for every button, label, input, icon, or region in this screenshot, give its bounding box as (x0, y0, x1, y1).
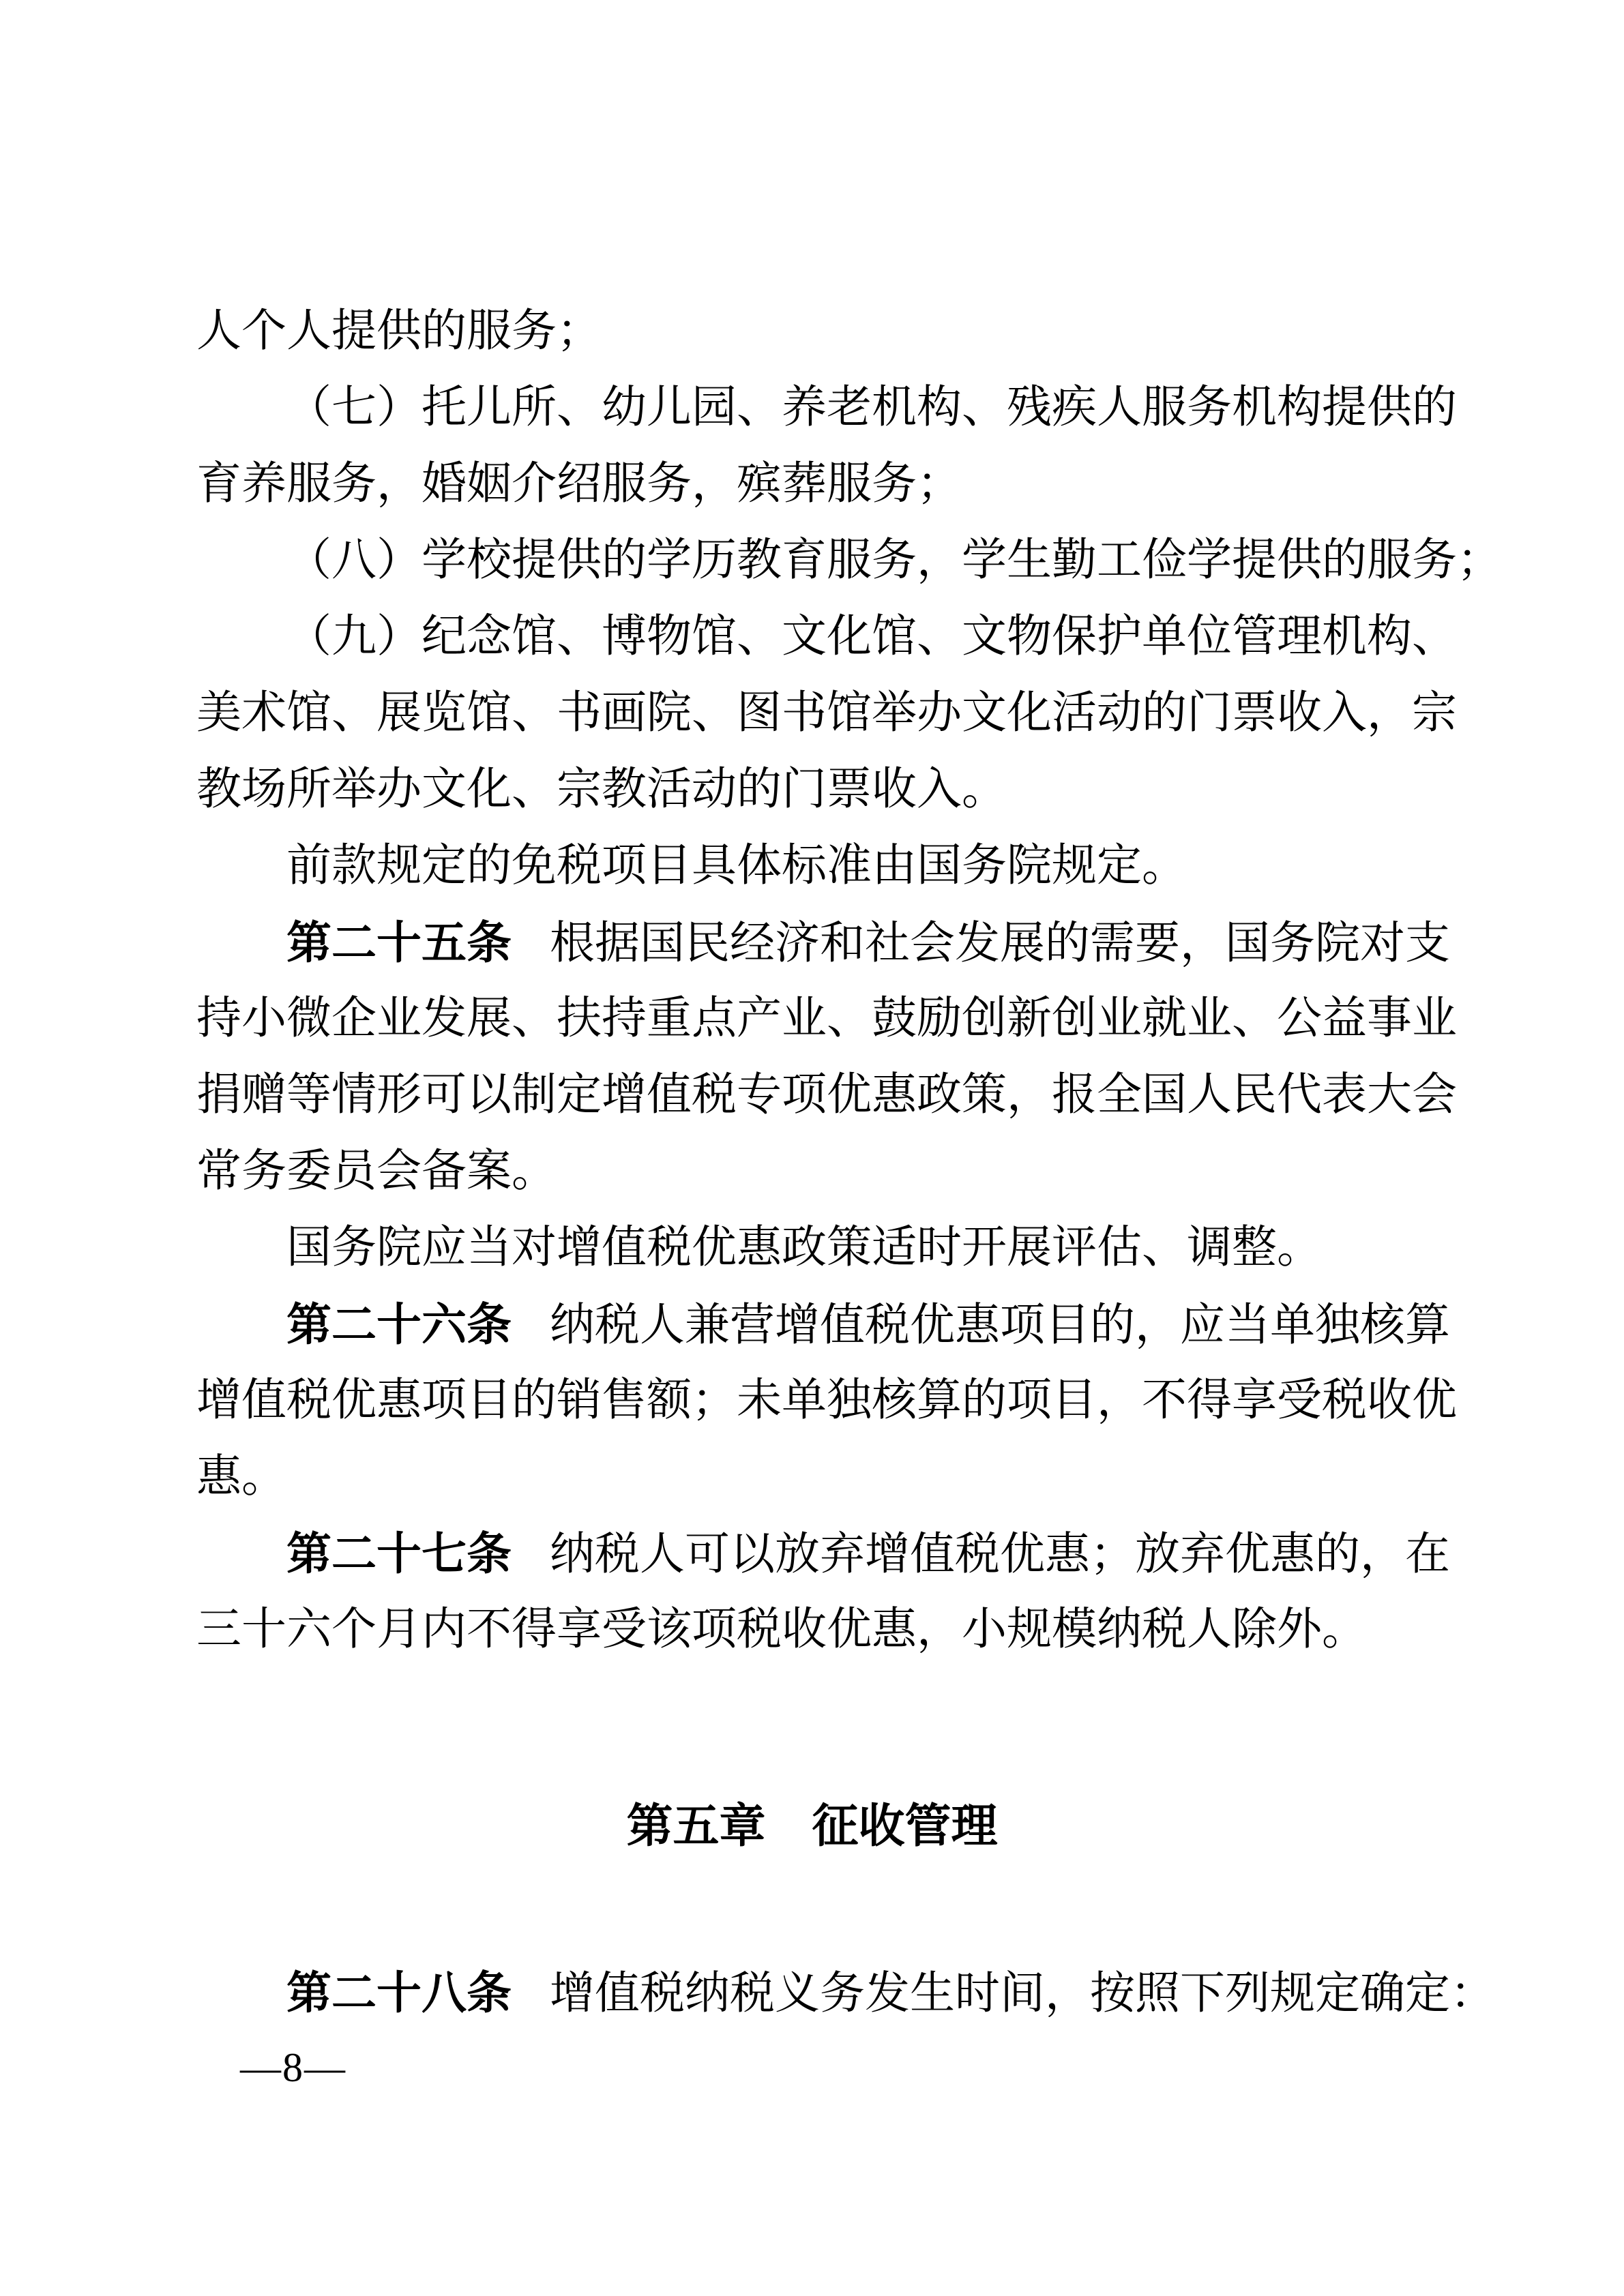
article-28-text: 增值税纳税义务发生时间，按照下列规定确定： (550, 1969, 1495, 2018)
text-line: 教场所举办文化、宗教活动的门票收入。 (196, 751, 1417, 828)
text-line-content: 人个人提供的服务； (196, 306, 602, 356)
text-line-content: （九）纪念馆、博物馆、文化馆、文物保护单位管理机构、 (286, 612, 1457, 661)
body-text: 人个人提供的服务；（七）托儿所、幼儿园、养老机构、残疾人服务机构提供的育养服务，… (196, 293, 1417, 1668)
text-line-content: 国务院应当对增值税优惠政策适时开展评估、调整。 (286, 1223, 1322, 1272)
text-line: 第二十七条纳税人可以放弃增值税优惠；放弃优惠的，在 (196, 1515, 1417, 1592)
text-line-content: 捐赠等情形可以制定增值税专项优惠政策，报全国人民代表大会 (196, 1070, 1457, 1120)
text-line-content: 根据国民经济和社会发展的需要，国务院对支 (550, 919, 1450, 968)
text-line: 美术馆、展览馆、书画院、图书馆举办文化活动的门票收入，宗 (196, 675, 1417, 751)
text-line-content: 增值税优惠项目的销售额；未单独核算的项目，不得享受税收优 (196, 1375, 1457, 1425)
chapter-heading: 第五章征收管理 (0, 1788, 1624, 1864)
text-line: 常务委员会备案。 (196, 1133, 1417, 1210)
chapter-number: 第五章 (626, 1800, 765, 1852)
text-line-content: 惠。 (196, 1452, 286, 1502)
text-line-content: 前款规定的免税项目具体标准由国务院规定。 (286, 841, 1187, 891)
text-line: 第二十六条纳税人兼营增值税优惠项目的，应当单独核算 (196, 1286, 1417, 1362)
text-line: （八）学校提供的学历教育服务，学生勤工俭学提供的服务； (196, 522, 1417, 599)
text-line: 国务院应当对增值税优惠政策适时开展评估、调整。 (196, 1210, 1417, 1286)
text-line: 捐赠等情形可以制定增值税专项优惠政策，报全国人民代表大会 (196, 1057, 1417, 1133)
text-line: 人个人提供的服务； (196, 293, 1417, 370)
article-number: 第二十七条 (286, 1528, 512, 1579)
text-line: 三十六个月内不得享受该项税收优惠，小规模纳税人除外。 (196, 1592, 1417, 1668)
article-number: 第二十六条 (286, 1299, 512, 1350)
text-line-content: 美术馆、展览馆、书画院、图书馆举办文化活动的门票收入，宗 (196, 688, 1457, 738)
text-line-content: 教场所举办文化、宗教活动的门票收入。 (196, 764, 1007, 814)
article-28-number: 第二十八条 (286, 1967, 512, 2018)
text-line: 育养服务，婚姻介绍服务，殡葬服务； (196, 446, 1417, 522)
text-line-content: 常务委员会备案。 (196, 1146, 557, 1196)
text-line: （七）托儿所、幼儿园、养老机构、残疾人服务机构提供的 (196, 370, 1417, 446)
text-line-content: （七）托儿所、幼儿园、养老机构、残疾人服务机构提供的 (286, 383, 1457, 432)
article-number: 第二十五条 (286, 917, 512, 968)
text-line-content: 育养服务，婚姻介绍服务，殡葬服务； (196, 459, 962, 509)
text-line: 持小微企业发展、扶持重点产业、鼓励创新创业就业、公益事业 (196, 981, 1417, 1057)
page-number: —8— (240, 2043, 346, 2092)
text-line-content: 三十六个月内不得享受该项税收优惠，小规模纳税人除外。 (196, 1605, 1367, 1654)
text-line-content: （八）学校提供的学历教育服务，学生勤工俭学提供的服务； (286, 535, 1502, 585)
text-line-content: 持小微企业发展、扶持重点产业、鼓励创新创业就业、公益事业 (196, 994, 1457, 1043)
text-line: 惠。 (196, 1439, 1417, 1515)
text-line: 增值税优惠项目的销售额；未单独核算的项目，不得享受税收优 (196, 1362, 1417, 1439)
text-line-content: 纳税人可以放弃增值税优惠；放弃优惠的，在 (550, 1530, 1450, 1579)
text-line: 第二十五条根据国民经济和社会发展的需要，国务院对支 (196, 904, 1417, 981)
document-page: 人个人提供的服务；（七）托儿所、幼儿园、养老机构、残疾人服务机构提供的育养服务，… (0, 0, 1624, 2296)
text-line: 前款规定的免税项目具体标准由国务院规定。 (196, 828, 1417, 904)
chapter-title: 征收管理 (812, 1800, 998, 1852)
text-line-content: 纳税人兼营增值税优惠项目的，应当单独核算 (550, 1300, 1450, 1350)
text-line: （九）纪念馆、博物馆、文化馆、文物保护单位管理机构、 (196, 599, 1417, 675)
article-28-line: 第二十八条增值税纳税义务发生时间，按照下列规定确定： (196, 1954, 1507, 2032)
